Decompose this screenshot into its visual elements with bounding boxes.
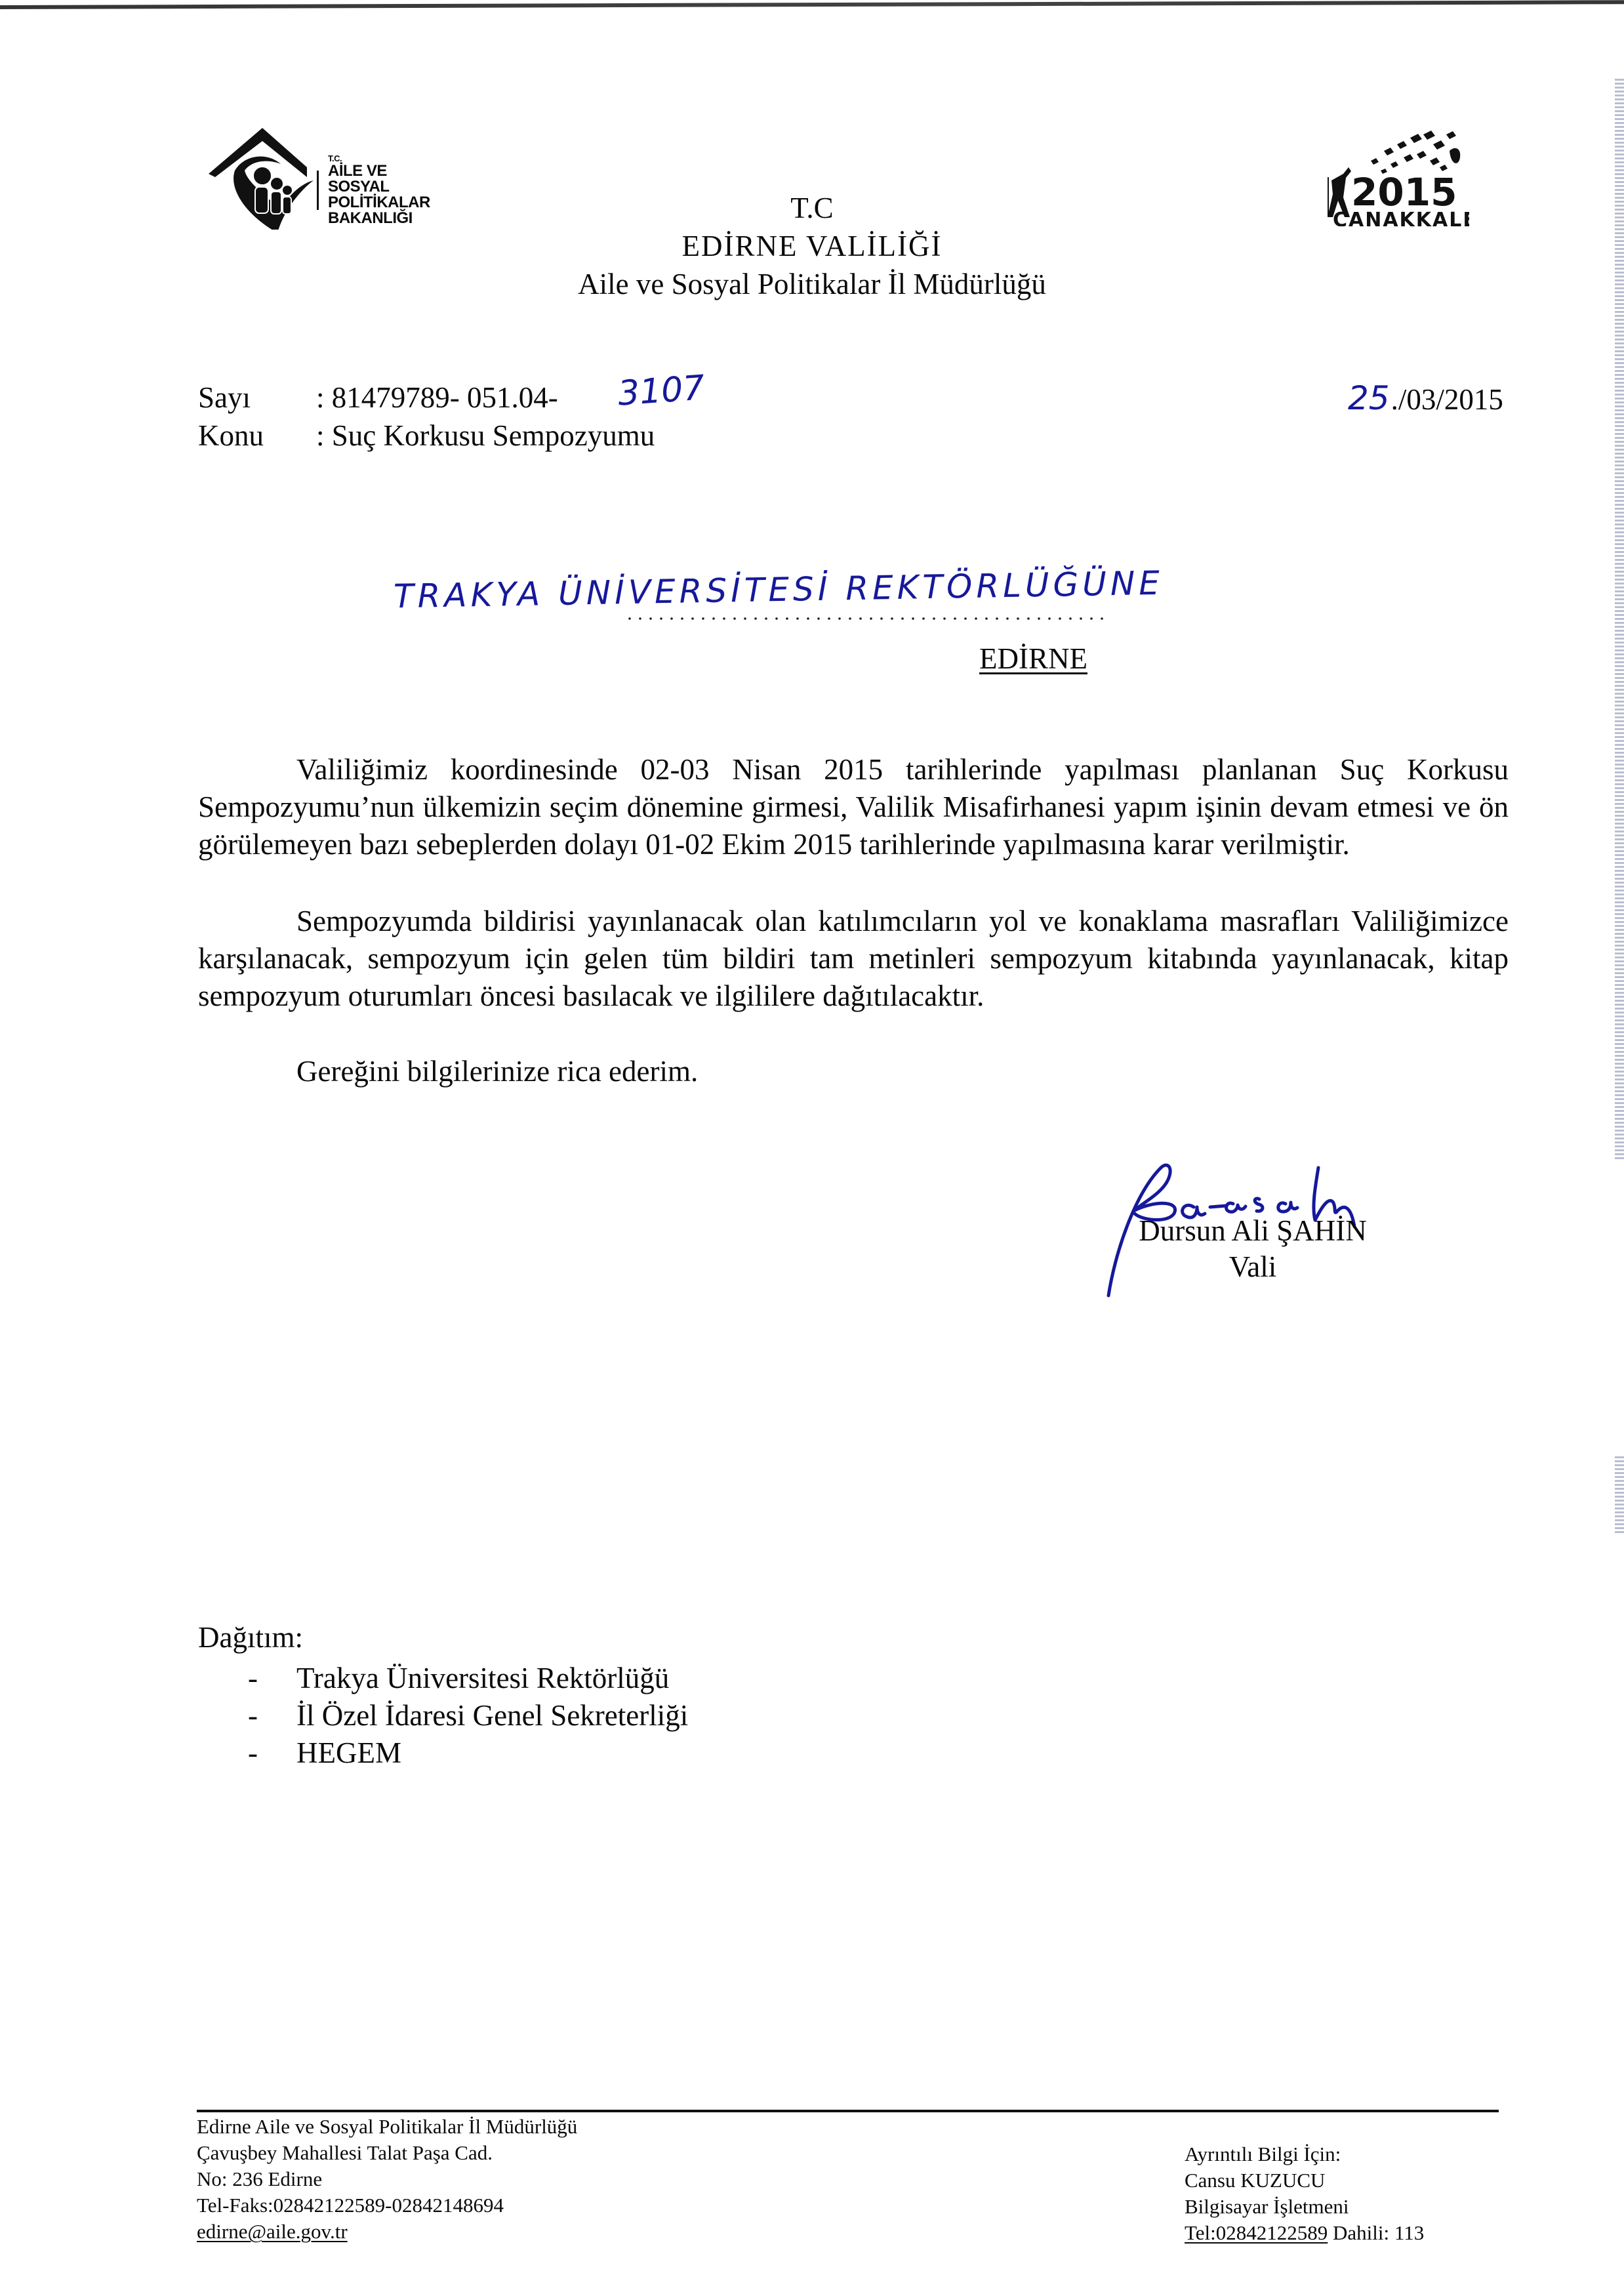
sayi-label: Sayı: [198, 379, 251, 416]
body-paragraph-2: Sempozyumda bildirisi yayınlanacak olan …: [198, 903, 1509, 1015]
footer-contact-block: Ayrıntılı Bilgi İçin: Cansu KUZUCU Bilgi…: [1185, 2141, 1424, 2246]
sayi-value: : 81479789- 051.04-: [316, 379, 558, 416]
footer-email-link[interactable]: edirne@aile.gov.tr: [197, 2219, 577, 2245]
addressee-handwritten: TRAKYA ÜNİVERSİTESİ REKTÖRLÜĞÜNE: [394, 564, 1164, 615]
contact-phone-link[interactable]: Tel:02842122589: [1185, 2221, 1328, 2244]
scan-edge-right-lower: [1615, 1456, 1624, 1535]
distribution-item: İl Özel İdaresi Genel Sekreterliği: [244, 1697, 688, 1734]
footer-office-name: Edirne Aile ve Sosyal Politikalar İl Müd…: [197, 2114, 577, 2140]
distribution-title: Dağıtım:: [198, 1620, 303, 1654]
date-printed: ./03/2015: [1391, 383, 1503, 416]
scan-edge-top: [0, 0, 1624, 9]
contact-phone-line: Tel:02842122589 Dahili: 113: [1185, 2220, 1424, 2246]
signer-title: Vali: [1115, 1250, 1391, 1284]
distribution-list: Trakya Üniversitesi Rektörlüğü İl Özel İ…: [244, 1660, 688, 1772]
contact-extension: Dahili: 113: [1328, 2221, 1424, 2244]
date-handwritten-day: 25: [1348, 379, 1390, 417]
header-title-directorate: Aile ve Sosyal Politikalar İl Müdürlüğü: [0, 266, 1624, 302]
distribution-item: Trakya Üniversitesi Rektörlüğü: [244, 1660, 688, 1697]
konu-label: Konu: [198, 417, 264, 454]
header-title-governorship: EDİRNE VALİLİĞİ: [0, 228, 1624, 264]
sayi-handwritten-number: 3107: [617, 369, 706, 412]
distribution-item: HEGEM: [244, 1734, 688, 1772]
footer-number-city: No: 236 Edirne: [197, 2166, 577, 2192]
body-closing: Gereğini bilgilerinize rica ederim.: [296, 1053, 1607, 1090]
contact-role: Bilgisayar İşletmeni: [1185, 2194, 1424, 2220]
addressee-city: EDİRNE: [979, 642, 1087, 676]
document-date: 25./03/2015: [1348, 379, 1503, 417]
footer-divider: [197, 2110, 1499, 2112]
header-title-tc: T.C: [0, 190, 1624, 226]
konu-value: : Suç Korkusu Sempozyumu: [316, 417, 655, 454]
addressee-dotted-line: [624, 617, 1110, 621]
footer-street: Çavuşbey Mahallesi Talat Paşa Cad.: [197, 2140, 577, 2166]
contact-name: Cansu KUZUCU: [1185, 2167, 1424, 2194]
ministry-line-1: AİLE VE: [328, 163, 484, 179]
footer-address-block: Edirne Aile ve Sosyal Politikalar İl Müd…: [197, 2114, 577, 2245]
footer-tel-fax: Tel-Faks:02842122589-02842148694: [197, 2192, 577, 2219]
signer-name: Dursun Ali ŞAHİN: [1115, 1214, 1391, 1248]
body-paragraph-1: Valiliğimiz koordinesinde 02-03 Nisan 20…: [198, 751, 1509, 863]
contact-heading: Ayrıntılı Bilgi İçin:: [1185, 2141, 1424, 2167]
